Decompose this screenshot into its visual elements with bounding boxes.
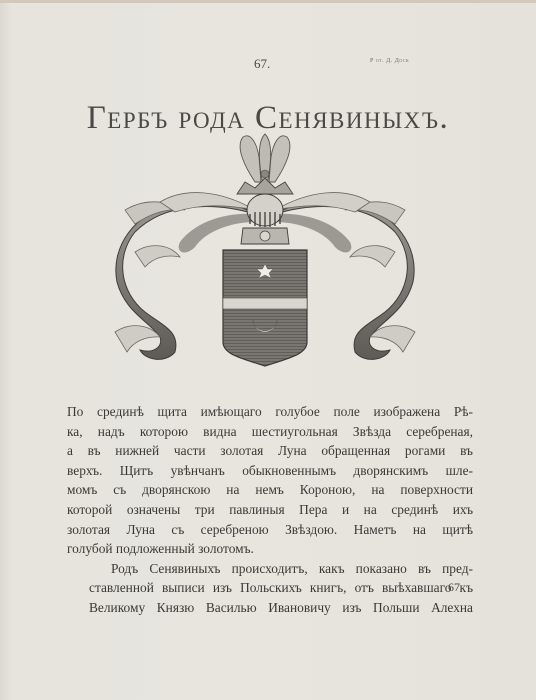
- text-line: Великому Князю Василью Ивановичу изъ Пол…: [67, 598, 473, 618]
- paragraph-lineage: Родъ Сенявиныхъ происходитъ, какъ показа…: [67, 559, 473, 618]
- text-line: Родъ Сенявиныхъ происходитъ, какъ показа…: [67, 559, 473, 579]
- running-head: Р от. Д. Доск: [370, 58, 409, 64]
- paragraph-blazon: По срединѣ щита имѣющаго голубое поле из…: [67, 402, 473, 559]
- text-line: момъ съ дворянскою на немъ Короною, на п…: [67, 480, 473, 500]
- text-line: которой означены три павлиныя Пера и на …: [67, 500, 473, 520]
- river-fess: [223, 298, 307, 309]
- text-line: верхъ. Щитъ увѣнчанъ обыкновеннымъ дворя…: [67, 461, 473, 481]
- book-page: 67. Р от. Д. Доск Гербъ рода Сенявиныхъ.: [0, 0, 536, 700]
- page-number-top: 67.: [254, 56, 270, 72]
- text-line: голубой подложенный золотомъ.: [67, 539, 473, 559]
- text-line: а въ нижней части золотая Луна обращенна…: [67, 441, 473, 461]
- blazon-text: По срединѣ щита имѣющаго голубое поле из…: [67, 402, 473, 618]
- page-top-edge: [0, 0, 536, 3]
- coat-of-arms-illustration: [105, 132, 425, 372]
- peacock-feathers-crest: [240, 134, 290, 182]
- text-line: ка, надъ которою видна шестиугольная Звѣ…: [67, 422, 473, 442]
- crown: [237, 178, 293, 194]
- shield: [223, 250, 307, 366]
- text-line: ставленной выписи изъ Польскихъ книгъ, о…: [67, 578, 473, 598]
- text-line: По срединѣ щита имѣющаго голубое поле из…: [67, 402, 473, 422]
- page-number-bottom: 67: [448, 580, 460, 595]
- text-line: золотая Луна съ серебреною Звѣздою. Наме…: [67, 520, 473, 540]
